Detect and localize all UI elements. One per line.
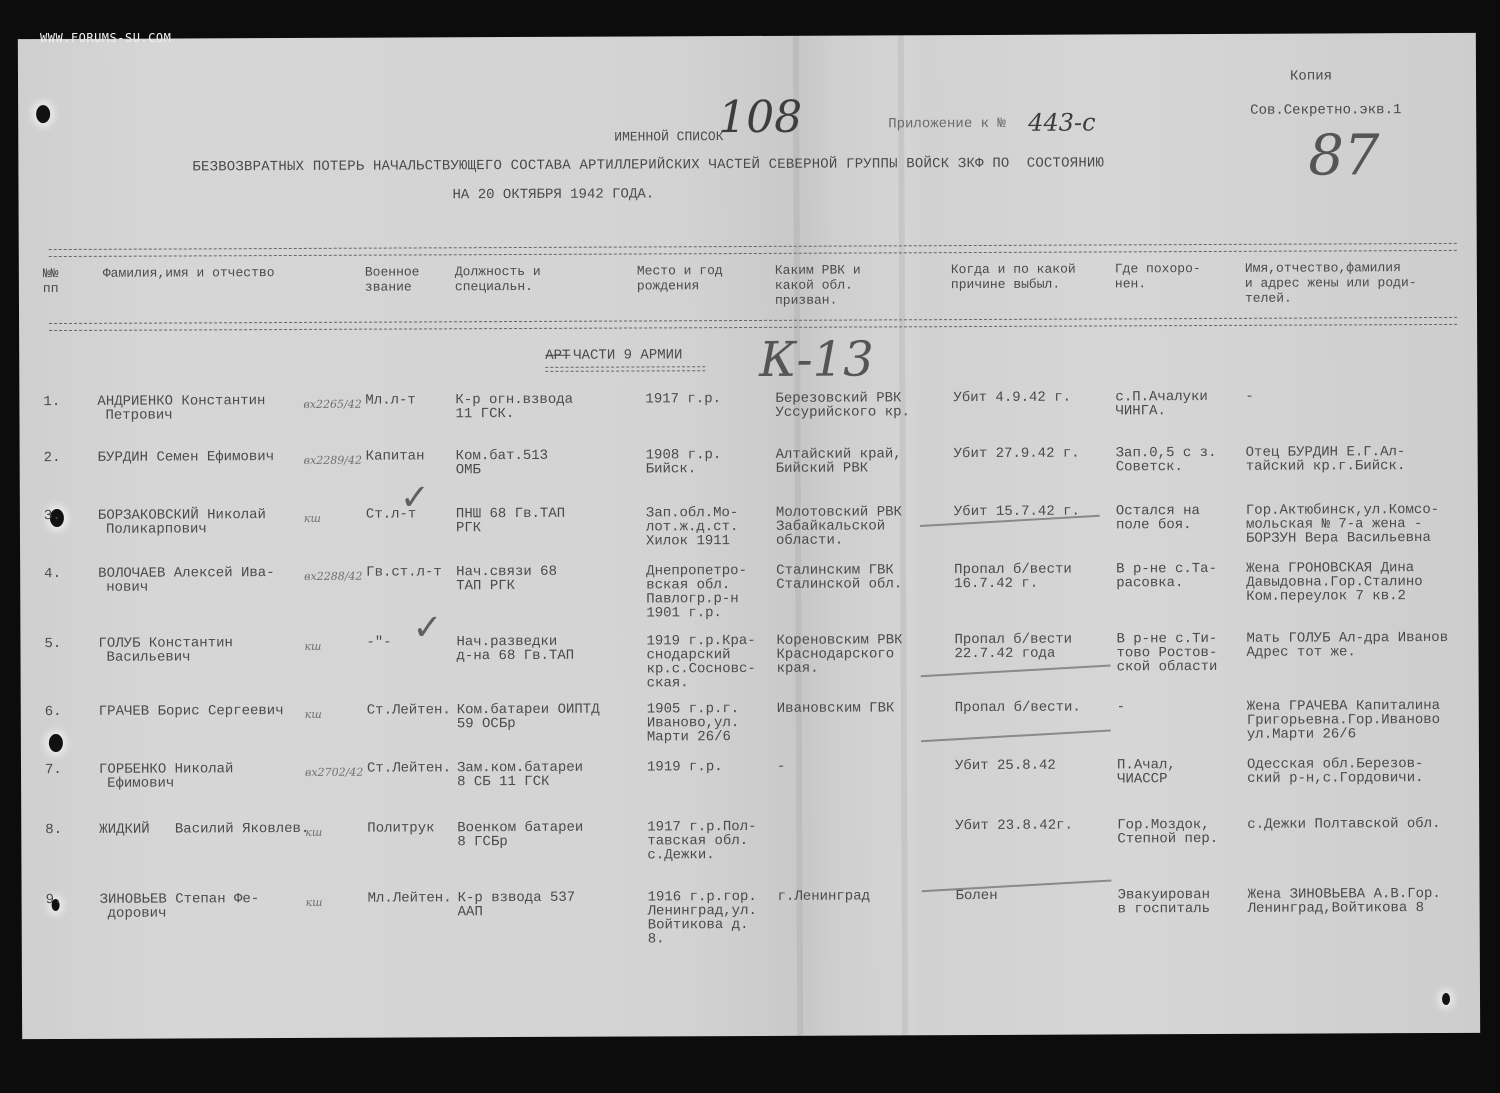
cell-num: 8. — [45, 823, 62, 837]
copy-label: Копия — [1290, 69, 1332, 83]
cell-buried: Советск. — [1116, 460, 1183, 474]
column-header-8: Где похоро- — [1115, 262, 1201, 275]
pencil-annotation: кш — [305, 826, 322, 839]
cell-kin: ул.Марти 26/6 — [1247, 727, 1356, 741]
cell-kin: - — [1245, 390, 1253, 404]
table-row: 9.ЗИНОВЬЕВ Степан Фе-доровичМл.Лейтен.К-… — [18, 33, 1476, 39]
section-handwritten-code: К-13 — [759, 331, 874, 387]
cell-buried: расовка. — [1116, 576, 1183, 590]
section-underline — [545, 366, 705, 372]
cell-birth: 1919 г.р. — [647, 760, 723, 774]
document-page: Копия Сов.Секретно.экв.1 Приложение к № … — [18, 33, 1480, 1039]
cell-num: 2. — [44, 451, 61, 465]
cell-buried: поле боя. — [1116, 518, 1192, 532]
cell-rank: Мл.Лейтен. — [368, 891, 452, 905]
document-title: ИМЕННОЙ СПИСОК — [614, 130, 723, 144]
column-header-1: №№ — [43, 267, 59, 280]
column-header-4: специальн. — [455, 280, 533, 293]
cell-buried: Степной пер. — [1117, 832, 1218, 846]
punch-hole — [1442, 993, 1450, 1005]
cell-rank: Ст.Лейтен. — [367, 703, 451, 717]
cell-name: Петрович — [105, 409, 172, 423]
pencil-annotation: кш — [304, 640, 321, 653]
cell-rvk: г.Ленинград — [778, 889, 870, 903]
cell-post: Военком батареи — [457, 821, 583, 836]
column-header-9: Имя,отчество,фамилия — [1245, 261, 1401, 275]
pencil-underline — [921, 729, 1111, 742]
table-header: №№ппФамилия,имя и отчествоВоенноезваниеД… — [18, 33, 1476, 39]
column-header-1: пп — [43, 282, 59, 295]
cell-birth: кр.с.Сосновс- — [647, 662, 756, 676]
column-header-6: какой обл. — [775, 279, 853, 292]
cell-post: РГК — [456, 521, 481, 535]
watermark: WWW.FORUMS-SU.COM — [40, 31, 171, 45]
cell-num: 3. — [44, 509, 61, 523]
secrecy-label: Сов.Секретно.экв.1 — [1250, 103, 1401, 118]
sheet-number-handwritten: 108 — [718, 92, 802, 143]
cell-post: ТАП РГК — [456, 579, 515, 593]
cell-kin: с.Дежки Полтавской обл. — [1247, 817, 1440, 832]
document-subtitle: БЕЗВОЗВРАТНЫХ ПОТЕРЬ НАЧАЛЬСТВУЮЩЕГО СОС… — [192, 156, 1104, 174]
cell-reason: Убит 23.8.42г. — [955, 819, 1073, 834]
cell-reason: Болен — [956, 889, 998, 903]
cell-post: Ком.бат.513 — [456, 449, 548, 463]
header-rule-bottom — [49, 317, 1457, 331]
cell-buried: - — [1117, 700, 1125, 714]
cell-birth: Марти 26/6 — [647, 730, 731, 744]
table-row: 7.ГОРБЕНКО НиколайЕфимовичСт.Лейтен.Зам.… — [18, 33, 1476, 39]
cell-post: 8 СБ 11 ГСК — [457, 775, 549, 789]
check-mark-icon: ✓ — [412, 607, 442, 648]
cell-name: ЖИДКИЙ Василий Яковлев. — [99, 822, 309, 837]
cell-post: 11 ГСК. — [455, 407, 514, 421]
table-row: 1.АНДРИЕНКО КонстантинПетровичМл.л-тК-р … — [18, 33, 1476, 39]
cell-num: 9. — [46, 893, 63, 907]
document-date: НА 20 ОКТЯБРЯ 1942 ГОДА. — [452, 187, 654, 202]
cell-rvk: Ивановским ГВК — [777, 701, 895, 716]
column-header-8: нен. — [1115, 277, 1146, 290]
cell-rvk: Сталинской обл. — [776, 577, 902, 592]
column-header-6: Каким РВК и — [775, 264, 861, 277]
column-header-3: Военное — [365, 265, 420, 278]
column-header-7: Когда и по какой — [951, 263, 1076, 277]
pencil-underline — [922, 879, 1112, 892]
cell-birth: ская. — [647, 676, 689, 690]
cell-rank: Ст.Лейтен. — [367, 761, 451, 775]
cell-kin: Адрес тот же. — [1246, 645, 1355, 659]
pencil-annotation: вх2265/42 — [303, 398, 361, 411]
cell-buried: в госпиталь — [1118, 902, 1210, 916]
cell-post: 59 ОСБр — [457, 717, 516, 731]
cell-post: ПНШ 68 Гв.ТАП — [456, 507, 565, 521]
cell-num: 7. — [45, 763, 62, 777]
cell-rvk: края. — [777, 662, 819, 676]
cell-post: К-р взвода 537 — [458, 891, 576, 906]
attachment-number-handwritten: 443-с — [1028, 108, 1095, 136]
cell-name: БУРДИН Семен Ефимович — [98, 450, 274, 465]
cell-post: ОМБ — [456, 463, 481, 477]
cell-num: 1. — [43, 395, 60, 409]
cell-rvk: области. — [776, 534, 843, 548]
cell-rvk: Уссурийского кр. — [775, 405, 909, 420]
pencil-annotation: кш — [306, 896, 323, 909]
cell-birth: 1901 г.р. — [646, 606, 722, 620]
cell-rank: Гв.ст.л-т — [366, 565, 442, 579]
table-row: 6.ГРАЧЕВ Борис СергеевичСт.Лейтен.Ком.ба… — [18, 33, 1476, 39]
column-header-5: рождения — [637, 279, 699, 292]
column-header-3: звание — [365, 280, 412, 293]
cell-reason: Убит 4.9.42 г. — [953, 391, 1071, 406]
column-header-9: телей. — [1245, 292, 1292, 305]
attachment-label: Приложение к № — [888, 117, 1006, 132]
cell-buried: ской области — [1117, 660, 1218, 674]
check-mark-icon: ✓ — [400, 477, 430, 518]
cell-rvk: - — [777, 760, 785, 774]
cell-birth: 1917 г.р. — [645, 392, 721, 406]
table-body: 1.АНДРИЕНКО КонстантинПетровичМл.л-тК-р … — [18, 33, 1476, 39]
punch-hole — [36, 105, 50, 123]
cell-rank: Капитан — [366, 449, 425, 463]
cell-post: д-на 68 Гв.ТАП — [456, 649, 574, 664]
cell-name: АНДРИЕНКО Константин — [97, 394, 265, 409]
cell-kin: БОРЗУН Вера Васильевна — [1246, 531, 1431, 546]
cell-post: ААП — [458, 905, 483, 919]
column-header-4: Должность и — [455, 265, 541, 278]
cell-post: Ком.батареи ОИПТД — [457, 703, 600, 718]
cell-name: нович — [106, 581, 148, 595]
cell-rvk: Бийский РВК — [776, 461, 868, 475]
cell-name: дорович — [108, 907, 167, 921]
pencil-annotation: вх2289/42 — [304, 454, 362, 467]
cell-birth: с.Дежки. — [647, 848, 714, 862]
cell-rvk: Краснодарского — [776, 647, 894, 662]
cell-name: Поликарпович — [106, 522, 207, 536]
cell-birth: Хилок 1911 — [646, 534, 730, 548]
cell-birth: Бийск. — [646, 462, 696, 476]
cell-reason: Пропал б/вести. — [955, 701, 1081, 716]
pencil-annotation: вх2702/42 — [305, 766, 363, 779]
cell-rank: Мл.л-т — [365, 393, 415, 407]
column-header-6: призван. — [775, 294, 837, 307]
cell-kin: ский р-н,с.Гордовичи. — [1247, 771, 1423, 786]
cell-buried: ЧИНГА. — [1115, 404, 1165, 418]
pencil-annotation: кш — [304, 512, 321, 525]
cell-kin: Ленинград,Войтикова 8 — [1248, 901, 1424, 916]
cell-name: Ефимович — [107, 777, 174, 791]
cell-reason: Убит 25.8.42 — [955, 759, 1056, 773]
cell-rank: -"- — [366, 636, 391, 650]
section-struck-text: АРТ — [545, 349, 570, 363]
cell-name: ВОЛОЧАЕВ Алексей Ива- — [98, 566, 274, 581]
cell-reason: 22.7.42 года — [954, 647, 1055, 661]
column-header-5: Место и год — [637, 264, 723, 277]
cell-rank: Политрук — [367, 821, 434, 835]
table-row: 5.ГОЛУБ КонстантинВасильевич-"-Нач.разве… — [18, 33, 1476, 39]
cell-birth: 8. — [648, 932, 665, 946]
table-row: 3.БОРЗАКОВСКИЙ НиколайПоликарповичСт.л-т… — [18, 33, 1476, 39]
pencil-annotation: кш — [305, 708, 322, 721]
cell-buried: ЧИАССР — [1117, 772, 1167, 786]
pencil-underline — [921, 664, 1111, 677]
table-row: 4.ВОЛОЧАЕВ Алексей Ива-новичГв.ст.л-тНач… — [18, 33, 1476, 39]
cell-reason: Убит 27.9.42 г. — [954, 447, 1080, 462]
cell-name: Васильевич — [106, 650, 190, 664]
cell-post: 8 ГСБр — [457, 835, 507, 849]
cell-num: 4. — [44, 567, 61, 581]
column-header-2: Фамилия,имя и отчество — [103, 266, 275, 280]
cell-reason: 16.7.42 г. — [954, 577, 1038, 591]
archive-number-handwritten: 87 — [1308, 123, 1380, 188]
cell-kin: тайский кр.г.Бийск. — [1246, 459, 1406, 474]
cell-name: ЗИНОВЬЕВ Степан Фе- — [100, 892, 260, 907]
header-rule-top — [49, 243, 1457, 257]
cell-name: ГРАЧЕВ Борис Сергеевич — [99, 704, 284, 719]
page-fold — [898, 35, 908, 1035]
column-header-9: и адрес жены или роди- — [1245, 276, 1417, 290]
table-row: 8.ЖИДКИЙ Василий Яковлев.ПолитрукВоенком… — [18, 33, 1476, 39]
section-title: ЧАСТИ 9 АРМИИ — [573, 348, 682, 362]
cell-num: 5. — [44, 637, 61, 651]
column-header-7: причине выбыл. — [951, 278, 1060, 291]
cell-kin: Ком.переулок 7 кв.2 — [1246, 589, 1406, 604]
cell-birth: Войтикова д. — [648, 918, 749, 932]
pencil-annotation: вх2288/42 — [304, 570, 362, 583]
cell-num: 6. — [45, 705, 62, 719]
punch-hole — [49, 734, 63, 752]
table-row: 2.БУРДИН Семен ЕфимовичКапитанКом.бат.51… — [18, 33, 1476, 39]
